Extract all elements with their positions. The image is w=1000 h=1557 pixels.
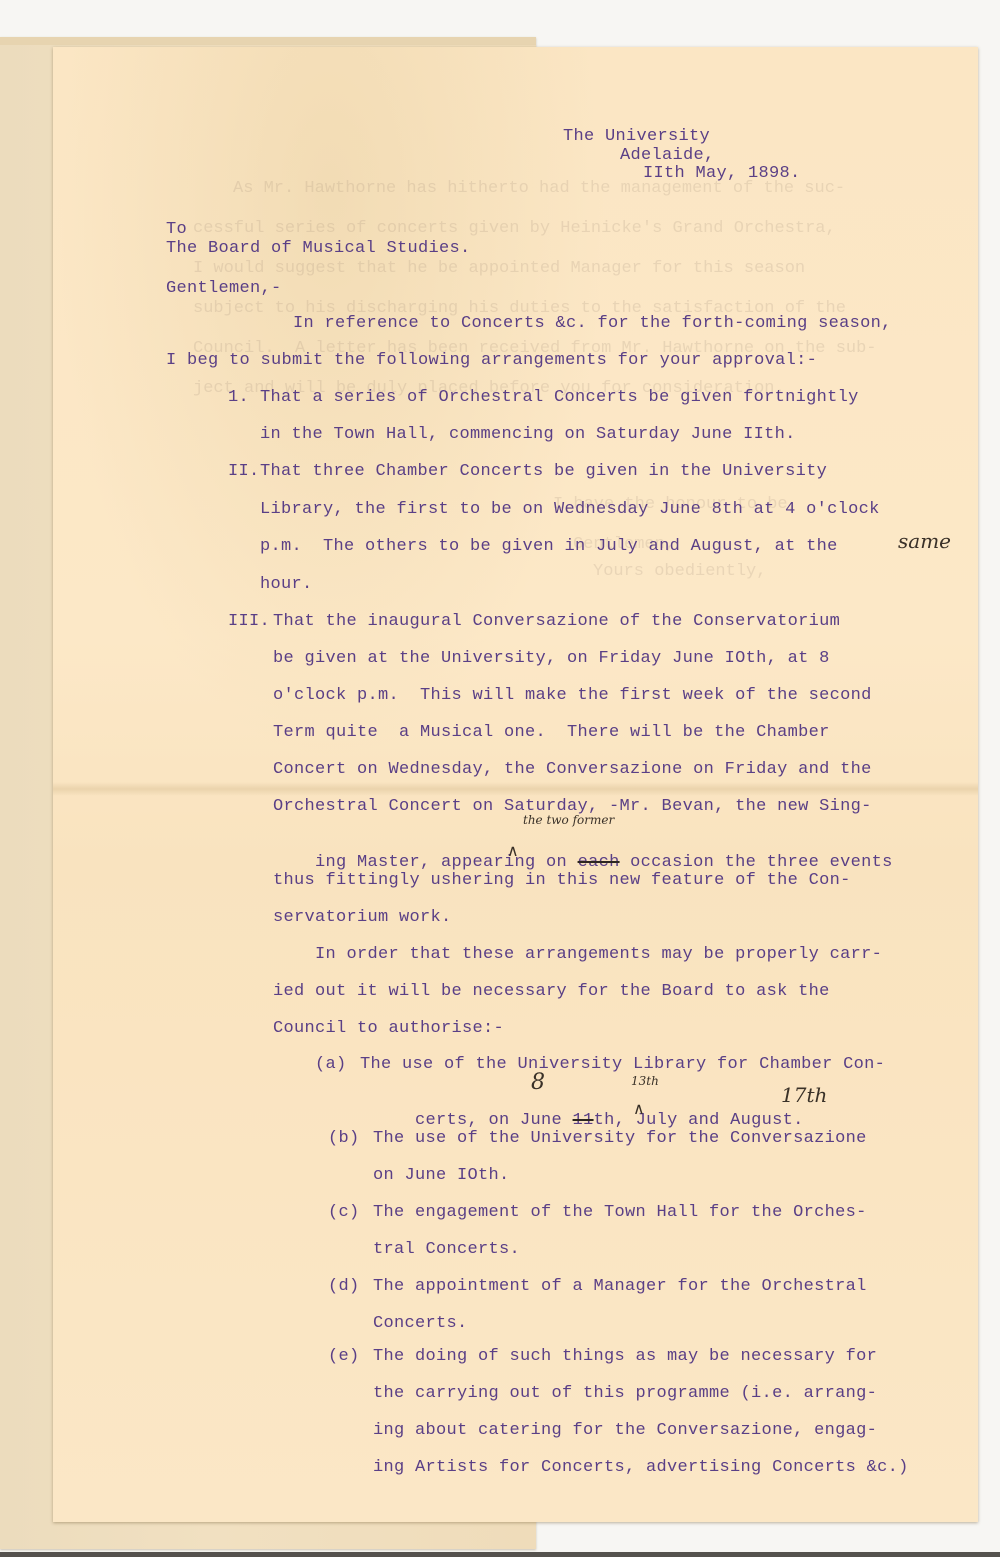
fold-crease (53, 782, 978, 796)
letterhead-institution: The University (563, 127, 710, 146)
letterhead-city: Adelaide, (620, 146, 715, 165)
item-line: Library, the first to be on Wednesday Ju… (260, 500, 880, 519)
insertion-caret-icon: ∧ (633, 1099, 645, 1118)
item-line: That a series of Orchestral Concerts be … (260, 388, 859, 407)
item-number: III. (228, 612, 270, 631)
show-through-line: I would suggest that he be appointed Man… (193, 259, 805, 278)
sub-item-label: (e) (328, 1347, 360, 1366)
item-line: Concert on Wednesday, the Conversazione … (273, 760, 872, 779)
item-text: certs, on June (415, 1111, 573, 1130)
closing-line: ied out it will be necessary for the Boa… (273, 982, 830, 1001)
struck-word: each (578, 853, 620, 872)
item-line: Term quite a Musical one. There will be … (273, 723, 830, 742)
sub-item-line: the carrying out of this programme (i.e.… (373, 1384, 877, 1403)
item-text: ing Master, appearing on (315, 853, 578, 872)
sub-item-line: The use of the University for the Conver… (373, 1129, 867, 1148)
letter-page: As Mr. Hawthorne has hitherto had the ma… (53, 47, 978, 1522)
intro-line: I beg to submit the following arrangemen… (166, 351, 817, 370)
show-through-line: Yours obediently, (593, 562, 766, 581)
sub-item-line: The appointment of a Manager for the Orc… (373, 1277, 867, 1296)
show-through-line: cessful series of concerts given by Hein… (193, 219, 836, 238)
closing-line: Council to authorise:- (273, 1019, 504, 1038)
item-line: o'clock p.m. This will make the first we… (273, 686, 872, 705)
addressee-name: The Board of Musical Studies. (166, 239, 471, 258)
item-line: That the inaugural Conversazione of the … (273, 612, 840, 631)
item-text: the three events (714, 853, 893, 872)
sub-item-line: The use of the University Library for Ch… (360, 1055, 885, 1074)
intro-line: In reference to Concerts &c. for the for… (293, 314, 892, 333)
item-text: and August. (678, 1111, 804, 1130)
sub-item-line: on June IOth. (373, 1166, 510, 1185)
item-line: thus fittingly ushering in this new feat… (273, 871, 851, 890)
item-number: 1. (228, 388, 249, 407)
letter-date: IIth May, 1898. (643, 164, 801, 183)
salutation: Gentlemen,- (166, 279, 282, 298)
item-line: in the Town Hall, commencing on Saturday… (260, 425, 796, 444)
handwritten-july-day: 13th (631, 1074, 659, 1088)
item-line: hour. (260, 575, 313, 594)
item-line: be given at the University, on Friday Ju… (273, 649, 830, 668)
sub-item-label: (c) (328, 1203, 360, 1222)
struck-text: 11 (573, 1111, 594, 1130)
sub-item-line: tral Concerts. (373, 1240, 520, 1259)
insertion-caret-icon: ∧ (507, 841, 519, 860)
back-page-top-fold (0, 37, 536, 45)
sub-item-line: The doing of such things as may be neces… (373, 1347, 877, 1366)
sub-item-line: The engagement of the Town Hall for the … (373, 1203, 867, 1222)
closing-line: In order that these arrangements may be … (315, 945, 882, 964)
sub-item-line: ing about catering for the Conversazione… (373, 1421, 877, 1440)
sub-item-line: Concerts. (373, 1314, 468, 1333)
item-line: servatorium work. (273, 908, 452, 927)
handwritten-insert-same: same (898, 529, 951, 553)
sub-item-label: (a) (315, 1055, 347, 1074)
item-number: II. (228, 462, 260, 481)
sub-item-label: (b) (328, 1129, 360, 1148)
addressee-to: To (166, 220, 187, 239)
sub-item-label: (d) (328, 1277, 360, 1296)
sub-item-line: ing Artists for Concerts, advertising Co… (373, 1458, 909, 1477)
item-text: occasion (620, 853, 715, 872)
handwritten-june-day: 8 (531, 1070, 545, 1095)
handwritten-august-day: 17th (781, 1083, 827, 1107)
scan-bottom-edge (0, 1552, 1000, 1557)
handwritten-insert-the-two-former: the two former (523, 813, 614, 827)
item-line: That three Chamber Concerts be given in … (260, 462, 827, 481)
item-line: p.m. The others to be given in July and … (260, 537, 838, 556)
